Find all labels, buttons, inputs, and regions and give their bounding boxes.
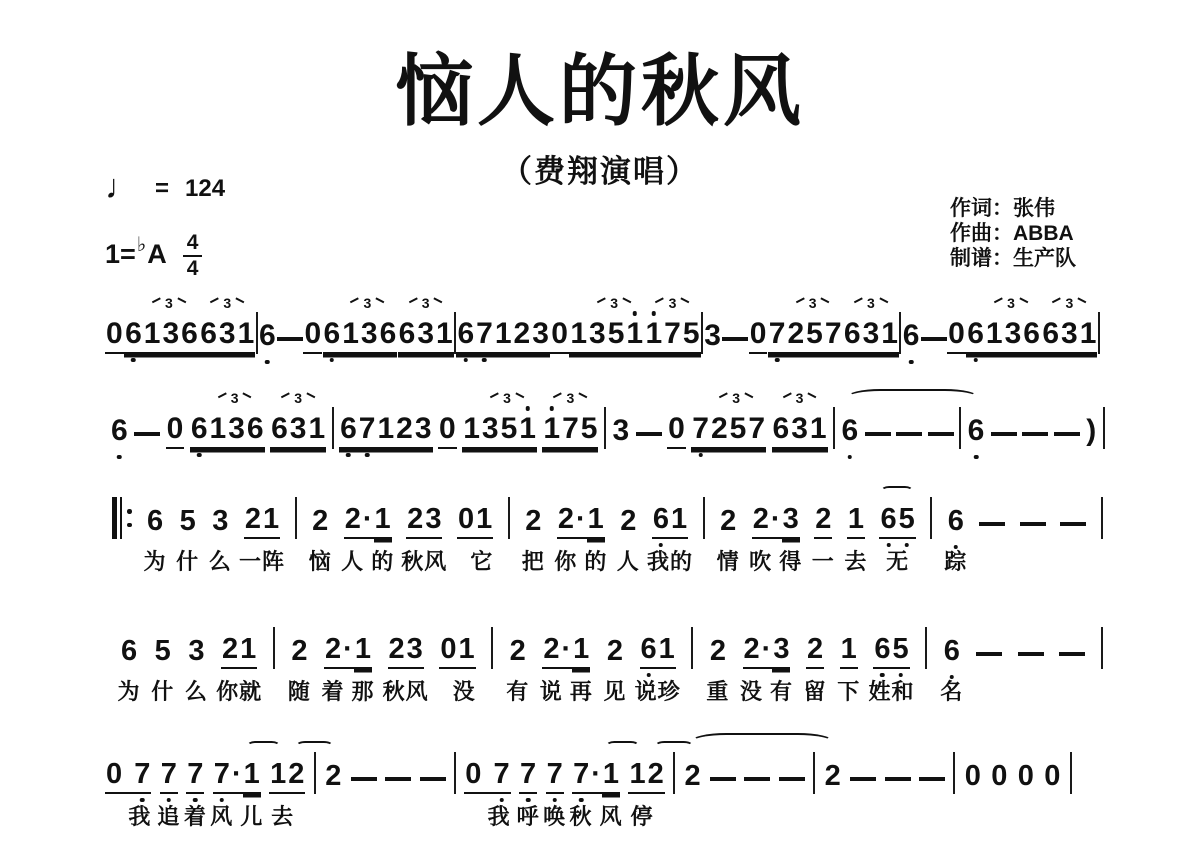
- duration-dash: [896, 432, 922, 436]
- note-group: 6313: [772, 414, 828, 449]
- note-char: 7: [493, 760, 511, 794]
- octave-dot-below: [886, 543, 891, 548]
- note-group: 6名: [943, 637, 961, 669]
- note-char: 1: [307, 414, 326, 449]
- quarter-note-icon: ♩: [105, 170, 139, 204]
- note-char: 3: [862, 319, 881, 354]
- lyric: 一阵: [239, 551, 285, 573]
- note-group: 61363: [966, 319, 1041, 354]
- note-char: 1: [587, 505, 605, 539]
- note-char: 6: [841, 416, 860, 449]
- token-row: 0 7我7追7着7·1风 儿12去20 7我7呼7唤7·1秋 风12停22000…: [105, 752, 1072, 794]
- note-char: 0: [303, 319, 322, 354]
- note-char: 6: [124, 319, 143, 354]
- lyric: 为: [144, 551, 167, 573]
- triplet-number: 3: [809, 296, 817, 310]
- octave-dot-below: [775, 358, 780, 363]
- duration-dash: [134, 432, 160, 436]
- note-char: 2: [710, 414, 729, 449]
- note-char: 2: [606, 637, 624, 669]
- note-char: 2: [221, 635, 239, 669]
- barline: [703, 497, 705, 539]
- song-title: 恼人的秋风: [0, 52, 1200, 130]
- note-char: 2: [388, 635, 406, 669]
- duration-dash: [779, 777, 805, 781]
- note-char: 1: [435, 319, 454, 354]
- note-char: 1: [518, 414, 537, 449]
- note-char: 7: [572, 760, 590, 794]
- tie-slur: [247, 741, 280, 750]
- note-char: 3: [360, 319, 379, 354]
- barline: [604, 407, 606, 449]
- note-group: 0: [1017, 762, 1035, 794]
- note-group: 21你就: [221, 635, 257, 669]
- note-char: 2: [684, 762, 702, 794]
- note-char: 7: [358, 414, 377, 449]
- lyric: 没 有: [740, 681, 793, 703]
- credit-composer: 作曲：ABBA: [950, 221, 1076, 246]
- triplet-wing: [854, 298, 863, 304]
- barline: [925, 627, 927, 669]
- note-char: 5: [580, 414, 599, 449]
- triplet-number: 3: [669, 296, 677, 310]
- note-group: 0: [947, 319, 966, 354]
- token-row: 606136363136712301351317533072573631366): [110, 407, 1105, 449]
- duration-dash: [710, 777, 736, 781]
- note-group: 13513: [569, 319, 644, 354]
- note-char: 6: [398, 319, 417, 354]
- triplet-number: 3: [231, 391, 239, 405]
- octave-dot-above: [652, 311, 657, 316]
- note-group: 3么: [187, 637, 205, 669]
- lyric: 无: [886, 551, 909, 573]
- note-group: 6313: [270, 414, 326, 449]
- octave-dot-above: [550, 406, 555, 411]
- note-char: 1: [209, 414, 228, 449]
- octave-dot-below: [499, 798, 504, 803]
- note-char: 2: [509, 637, 527, 669]
- lyric: 着: [184, 806, 207, 828]
- note-char: 6: [843, 319, 862, 354]
- lyric: 没: [453, 681, 476, 703]
- note-group: 6313: [398, 319, 454, 354]
- note-group: 6为: [120, 637, 138, 669]
- note-group: 0: [166, 414, 185, 449]
- note-group: 6为: [146, 507, 164, 539]
- note-group: 21一阵: [244, 505, 280, 539]
- note-char: 2: [513, 319, 532, 354]
- note-char: 0: [550, 319, 569, 354]
- note-group: 3: [611, 416, 630, 449]
- note-char: 3: [790, 414, 809, 449]
- note-char: 2: [287, 760, 305, 794]
- note-group: 6: [258, 321, 277, 354]
- tie-slur: [655, 741, 693, 750]
- note-group: 6踪: [947, 507, 965, 539]
- note-char: 1: [237, 319, 256, 354]
- barline: [1103, 407, 1105, 449]
- note-char: [482, 760, 492, 794]
- duration-dash: [885, 777, 911, 781]
- note-char: ·: [231, 760, 243, 794]
- octave-dot-below: [698, 453, 703, 458]
- note-char: 3: [703, 321, 722, 354]
- lyric: 着 那: [321, 681, 374, 703]
- duration-dash: [420, 777, 446, 781]
- note-char: 1: [239, 635, 257, 669]
- octave-dot-below: [974, 455, 979, 460]
- note-group: 2重: [709, 637, 727, 669]
- lyric: 随: [288, 681, 311, 703]
- repeat-thin-bar: [120, 497, 122, 539]
- barline: [1070, 752, 1072, 794]
- note-group: 5什: [154, 637, 172, 669]
- note-group: 72573: [768, 319, 843, 354]
- note-char: 1: [572, 635, 590, 669]
- note-group: 0: [105, 319, 124, 354]
- note-group: 5什: [179, 507, 197, 539]
- barline: [1101, 497, 1103, 539]
- lyric: 吹 得: [749, 551, 802, 573]
- flat-icon: ♭: [137, 232, 146, 257]
- note-char: 6: [258, 321, 277, 354]
- note-char: 2: [324, 762, 342, 794]
- note-char: 2: [324, 635, 342, 669]
- note-char: 7: [213, 760, 231, 794]
- lyric: 姓和: [868, 681, 914, 703]
- note-char: 1: [658, 635, 676, 669]
- note-char: ·: [761, 635, 773, 669]
- note-char: 3: [531, 319, 550, 354]
- note-char: 1: [243, 760, 261, 794]
- note-char: 0: [105, 319, 124, 354]
- note-char: 0: [105, 760, 123, 794]
- duration-dash: [277, 337, 303, 341]
- note-group: 2: [324, 762, 342, 794]
- duration-dash: [351, 777, 377, 781]
- note-group: 65姓和: [873, 635, 909, 669]
- triplet-mark: 3: [211, 296, 243, 310]
- note-group: 2·1人 的: [344, 505, 392, 539]
- note-group: ): [1085, 416, 1097, 449]
- token-row: 0613636313606136363136712301351317533072…: [105, 312, 1100, 354]
- note-char: 7: [663, 319, 682, 354]
- duration-dash: [1022, 432, 1048, 436]
- duration-dash: [976, 652, 1002, 656]
- score-line: 0613636313606136363136712301351317533072…: [105, 312, 1100, 354]
- note-char: 1: [494, 319, 513, 354]
- note-char: 3: [772, 635, 790, 669]
- note-char: 0: [947, 319, 966, 354]
- octave-dot-below: [526, 798, 531, 803]
- duration-dash: [865, 432, 891, 436]
- note-group: 3么: [211, 507, 229, 539]
- note-char: 2: [719, 507, 737, 539]
- octave-dot-below: [197, 453, 202, 458]
- note-group: 0: [964, 762, 982, 794]
- tie-slur: [606, 741, 639, 750]
- note-group: 61363: [323, 319, 398, 354]
- triplet-wing: [306, 393, 315, 399]
- triplet-mark: 3: [720, 391, 752, 405]
- triplet-wing: [218, 393, 227, 399]
- triplet-mark: 3: [219, 391, 251, 405]
- lyric: 什: [151, 681, 174, 703]
- note-char: 6: [1022, 319, 1041, 354]
- tie-slur: [847, 389, 979, 405]
- tempo-bpm: 124: [185, 175, 225, 203]
- note-group: 6313: [843, 319, 899, 354]
- note-char: 2: [406, 505, 424, 539]
- note-char: 2: [311, 507, 329, 539]
- note-char: 6: [456, 319, 475, 354]
- note-group: 2情: [719, 507, 737, 539]
- note-char: 6: [199, 319, 218, 354]
- note-char: 2: [542, 635, 560, 669]
- note-char: 7: [768, 319, 787, 354]
- note-group: 01没: [439, 635, 475, 669]
- octave-dot-above: [632, 311, 637, 316]
- note-char: 0: [166, 414, 185, 449]
- note-char: 2: [619, 507, 637, 539]
- triplet-wing: [623, 298, 632, 304]
- note-char: 1: [262, 505, 280, 539]
- note-group: 61说珍: [640, 635, 676, 669]
- note-group: 67123: [339, 414, 432, 449]
- score-line: 6为5什3么21你就2随2·1着 那23秋风01没2有2·1说 再2见61说珍2…: [120, 627, 1103, 669]
- lyric: 名: [940, 681, 963, 703]
- note-group: 6313: [199, 319, 255, 354]
- note-char: 1: [374, 505, 392, 539]
- lyric: 秋 风: [570, 806, 623, 828]
- note-group: 0 7我: [105, 760, 151, 794]
- note-char: 1: [847, 505, 865, 539]
- note-char: 7: [160, 760, 178, 794]
- octave-dot-below: [904, 543, 909, 548]
- score-line: 606136363136712301351317533072573631366): [110, 407, 1105, 449]
- triplet-wing: [177, 298, 186, 304]
- note-group: 23秋风: [388, 635, 424, 669]
- note-char: 7: [133, 760, 151, 794]
- note-char: 2: [524, 507, 542, 539]
- duration-dash: [636, 432, 662, 436]
- octave-dot-below: [909, 360, 914, 365]
- meter-denominator: 4: [187, 257, 199, 280]
- note-group: 2·3没 有: [743, 635, 791, 669]
- octave-dot-below: [646, 673, 651, 678]
- note-group: 1753: [542, 414, 598, 449]
- sheet-music-page: 恼人的秋风 （费翔演唱） ♩ = 124 1=♭A 4 4 作词：张伟 作曲：A…: [0, 0, 1200, 850]
- key-time-signature: 1=♭A 4 4: [105, 230, 202, 278]
- note-char: 6: [379, 319, 398, 354]
- triplet-wing: [579, 393, 588, 399]
- note-char: 1: [569, 319, 588, 354]
- note-char: 1: [542, 414, 561, 449]
- note-group: 61363: [124, 319, 199, 354]
- note-char: 7: [561, 414, 580, 449]
- triplet-wing: [243, 393, 252, 399]
- note-char: 2: [709, 637, 727, 669]
- lyric: 秋风: [401, 551, 447, 573]
- note-char: 6: [947, 507, 965, 539]
- octave-dot-below: [265, 360, 270, 365]
- lyric: 人: [617, 551, 640, 573]
- triplet-number: 3: [294, 391, 302, 405]
- triplet-mark: 3: [351, 296, 383, 310]
- note-char: 3: [416, 319, 435, 354]
- note-char: 1: [809, 414, 828, 449]
- barline: [491, 627, 493, 669]
- note-group: 6: [110, 416, 129, 449]
- lyric: 我: [488, 806, 511, 828]
- note-group: 0: [667, 414, 686, 449]
- lyric: 人 的: [341, 551, 394, 573]
- duration-dash: [385, 777, 411, 781]
- note-char: 2: [814, 505, 832, 539]
- note-group: 12停: [628, 760, 664, 794]
- triplet-mark: 3: [410, 296, 442, 310]
- note-char: 2: [557, 505, 575, 539]
- triplet-number: 3: [796, 391, 804, 405]
- repeat-sign: [112, 497, 132, 539]
- note-group: 0 7我: [464, 760, 510, 794]
- note-group: 1去: [847, 505, 865, 539]
- octave-dot-below: [848, 455, 853, 460]
- barline: [691, 627, 693, 669]
- note-char: 6: [246, 414, 265, 449]
- note-char: 5: [682, 319, 701, 354]
- triplet-mark: 3: [995, 296, 1027, 310]
- barline: [673, 752, 675, 794]
- lyric: 一: [812, 551, 835, 573]
- lyric: 么: [209, 551, 232, 573]
- note-group: 2留: [806, 635, 824, 669]
- note-char: ·: [575, 505, 587, 539]
- note-char: 2: [395, 414, 414, 449]
- octave-dot-below: [140, 798, 145, 803]
- duration-dash: [744, 777, 770, 781]
- barline: [508, 497, 510, 539]
- note-char: 1: [269, 760, 287, 794]
- lyric: 留: [804, 681, 827, 703]
- note-char: 3: [161, 319, 180, 354]
- triplet-mark: 3: [282, 391, 314, 405]
- note-group: 12去: [269, 760, 305, 794]
- octave-dot-below: [220, 798, 225, 803]
- octave-dot-below: [365, 453, 370, 458]
- note-group: 0: [303, 319, 322, 354]
- lyric: 我: [128, 806, 151, 828]
- note-group: 3: [703, 321, 722, 354]
- lyric: 风 儿: [210, 806, 263, 828]
- note-group: 2一: [814, 505, 832, 539]
- note-char: 0: [990, 762, 1008, 794]
- triplet-wing: [795, 298, 804, 304]
- note-char: 1: [644, 319, 663, 354]
- note-group: 6313: [1041, 319, 1097, 354]
- note-char: 3: [424, 505, 442, 539]
- note-char: 3: [481, 414, 500, 449]
- duration-dash: [850, 777, 876, 781]
- token-row: 6为5什3么21你就2随2·1着 那23秋风01没2有2·1说 再2见61说珍2…: [120, 627, 1103, 669]
- octave-dot-below: [659, 543, 664, 548]
- triplet-wing: [281, 393, 290, 399]
- lyric: 追: [157, 806, 180, 828]
- note-char: 6: [879, 505, 897, 539]
- note-char: 3: [588, 319, 607, 354]
- note-char: 1: [1079, 319, 1098, 354]
- note-char: 7: [824, 319, 843, 354]
- lyric: 为: [118, 681, 141, 703]
- triplet-mark: 3: [153, 296, 185, 310]
- duration-dash: [928, 432, 954, 436]
- note-group: 2·1着 那: [324, 635, 372, 669]
- note-char: 0: [438, 414, 457, 449]
- note-char: 0: [464, 760, 482, 794]
- credit-arranger: 制谱：生产队: [950, 246, 1076, 271]
- score-line: 6为5什3么21一阵2恼2·1人 的23秋风01它2把2·1你 的2人61我的2…: [112, 497, 1103, 539]
- note-char: 3: [227, 414, 246, 449]
- meter-numerator: 4: [183, 232, 203, 257]
- triplet-mark: 3: [555, 391, 587, 405]
- note-char: 2: [786, 319, 805, 354]
- note-group: 7着: [186, 760, 204, 794]
- note-char: 5: [179, 507, 197, 539]
- note-char: 2: [647, 760, 665, 794]
- note-group: 2·3吹 得: [752, 505, 800, 539]
- note-char: 2: [806, 635, 824, 669]
- note-char: 7: [747, 414, 766, 449]
- triplet-wing: [597, 298, 606, 304]
- note-char: 6: [652, 505, 670, 539]
- duration-dash: [1054, 432, 1080, 436]
- lyric: 说 再: [540, 681, 593, 703]
- note-group: 2·1说 再: [542, 635, 590, 669]
- note-char: 1: [625, 319, 644, 354]
- barline: [295, 497, 297, 539]
- octave-dot-below: [193, 798, 198, 803]
- lyric: 下: [837, 681, 860, 703]
- triplet-number: 3: [363, 296, 371, 310]
- note-group: 7呼: [519, 760, 537, 794]
- note-char: 6: [339, 414, 358, 449]
- note-char: 1: [985, 319, 1004, 354]
- note-char: ·: [770, 505, 782, 539]
- lyric: 有: [506, 681, 529, 703]
- note-char: 0: [457, 505, 475, 539]
- triplet-number: 3: [567, 391, 575, 405]
- triplet-wing: [1019, 298, 1028, 304]
- octave-dot-below: [898, 673, 903, 678]
- note-char: 3: [414, 414, 433, 449]
- octave-dot-below: [579, 798, 584, 803]
- note-group: 2恼: [311, 507, 329, 539]
- note-char: 3: [289, 414, 308, 449]
- triplet-number: 3: [867, 296, 875, 310]
- note-char: 6: [640, 635, 658, 669]
- note-char: 1: [628, 760, 646, 794]
- repeat-thick-bar: [112, 497, 117, 539]
- lyric: 呼: [517, 806, 540, 828]
- note-group: 0: [1043, 762, 1061, 794]
- lyric: 说珍: [635, 681, 681, 703]
- triplet-wing: [1078, 298, 1087, 304]
- triplet-wing: [553, 393, 562, 399]
- note-char: 6: [146, 507, 164, 539]
- note-group: 13513: [462, 414, 537, 449]
- triplet-wing: [745, 393, 754, 399]
- triplet-number: 3: [610, 296, 618, 310]
